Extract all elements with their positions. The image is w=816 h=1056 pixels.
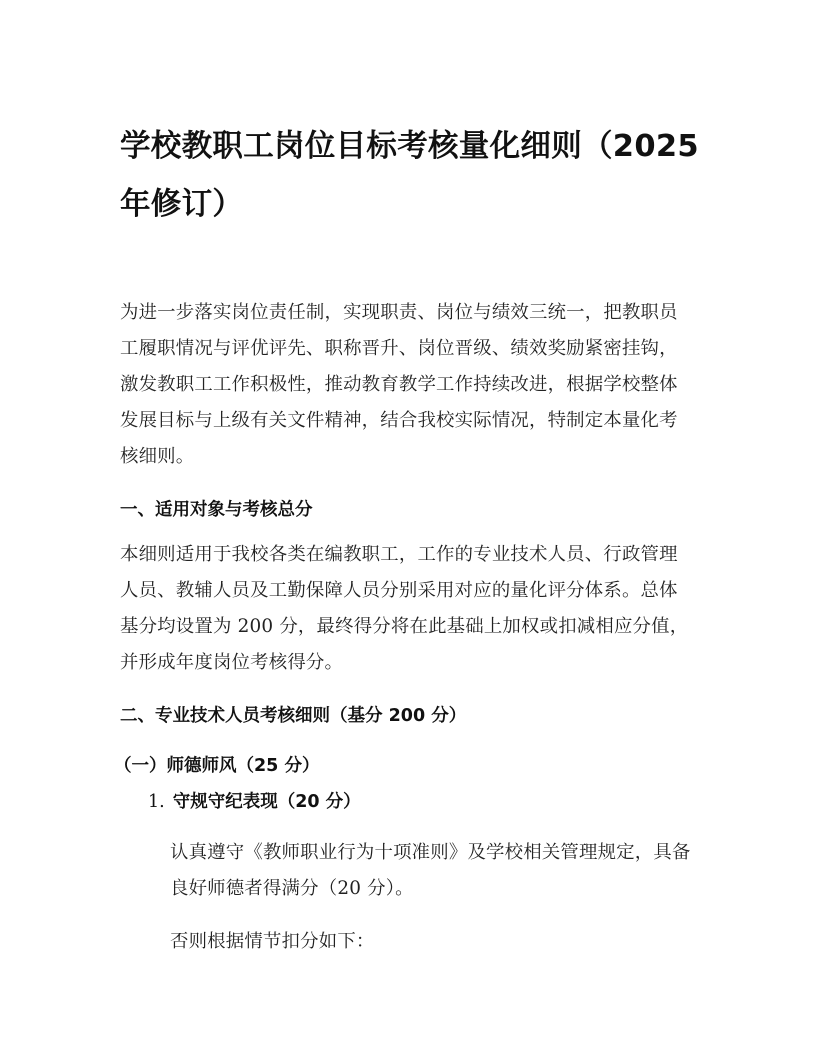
- item-paragraph-full-score: 认真遵守《教师职业行为十项准则》及学校相关管理规定，具备良好师德者得满分（20 …: [170, 835, 700, 907]
- item-paragraph-deduction: 否则根据情节扣分如下：: [170, 924, 700, 960]
- section-heading-2: 二、专业技术人员考核细则（基分 200 分）: [120, 704, 466, 728]
- section-heading-1: 一、适用对象与考核总分: [120, 498, 313, 522]
- document-title: 学校教职工岗位目标考核量化细则（2025 年修订）: [120, 118, 700, 234]
- section-1-body: 本细则适用于我校各类在编教职工，工作的专业技术人员、行政管理人员、教辅人员及工勤…: [120, 537, 690, 681]
- intro-paragraph: 为进一步落实岗位责任制，实现职责、岗位与绩效三统一，把教职员工履职情况与评优评先…: [120, 295, 690, 475]
- subsection-heading-ethics: （一）师德师风（25 分）: [114, 754, 319, 778]
- item-heading-discipline: 1.守规守纪表现（20 分）: [148, 790, 361, 814]
- item-number: 1.: [148, 792, 165, 812]
- item-heading-text: 守规守纪表现（20 分）: [173, 792, 361, 812]
